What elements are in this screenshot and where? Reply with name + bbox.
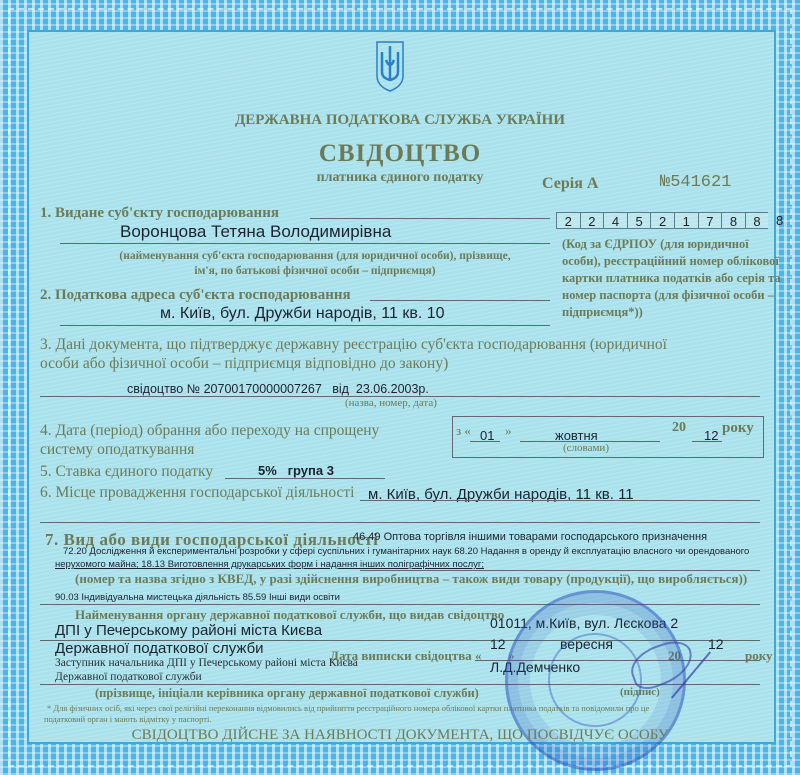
code-digit: 4 [603, 212, 627, 229]
field1-note-1: (найменування суб'єкта господарювання (д… [80, 250, 550, 262]
field7-note: (номер та назва згідно з КВЕД, у разі зд… [75, 571, 747, 587]
head-title-1: Заступник начальника ДПІ у Печерському р… [55, 657, 358, 669]
code-digit: 7 [698, 212, 722, 229]
field1-value-line [60, 243, 550, 244]
issuer-name-1: ДПІ у Печерському районі міста Києва [55, 622, 322, 639]
field5-line [225, 478, 385, 479]
tax-address: м. Київ, бул. Дружби народів, 11 кв. 10 [160, 305, 445, 323]
field1-note-2: ім'я, по батькові фізичної особи – підпр… [80, 265, 550, 277]
registration-document: свідоцтво № 20700170000007267 від 23.06.… [127, 382, 429, 396]
year-prefix: 20 [672, 420, 686, 436]
head-title-2: Державної податкової служби [55, 671, 202, 683]
footnote-2: податковий орган і мають відмітку у пасп… [44, 714, 211, 724]
date-quote: » [505, 423, 512, 439]
agency-name: ДЕРЖАВНА ПОДАТКОВА СЛУЖБА УКРАЇНИ [0, 112, 800, 129]
activity-line-4: 90.03 Індивідуальна мистецька діяльність… [55, 592, 340, 603]
issuer-name-2: Державної податкової служби [55, 640, 264, 657]
field2-label: 2. Податкова адреса суб'єкта господарюва… [40, 287, 351, 304]
field6-extra-line [40, 522, 760, 523]
code-digit: 8 [768, 212, 791, 229]
field1-underline [310, 218, 550, 219]
trident-icon [375, 40, 405, 92]
field7-line-2 [40, 604, 760, 605]
date-prefix: з « [456, 423, 471, 439]
field2-underline [370, 300, 550, 301]
code-digit: 2 [650, 212, 674, 229]
field6-line [360, 500, 760, 501]
head-note: (прізвище, ініціали керівника органу дер… [95, 686, 479, 701]
certificate-number: №541621 [660, 173, 731, 192]
code-digit: 2 [556, 212, 580, 229]
field1-label: 1. Видане суб'єкту господарювання [40, 205, 279, 222]
series-label: Серія А [542, 175, 598, 193]
field2-value-line [60, 325, 550, 326]
year-line [692, 441, 722, 442]
issue-day: 12 [490, 636, 506, 652]
code-digit: 2 [580, 212, 604, 229]
tax-code-box: 2 2 4 5 2 1 7 8 8 8 [556, 212, 791, 229]
certificate-title: СВІДОЦТВО [0, 140, 800, 168]
code-digit: 8 [745, 212, 769, 229]
activity-line-2: 72.20 Дослідження й експериментальні роз… [63, 546, 749, 557]
code-digit: 8 [721, 212, 745, 229]
field6-label: 6. Місце провадження господарської діяль… [40, 484, 354, 502]
code-digit: 1 [674, 212, 698, 229]
tax-code-note: (Код за ЄДРПОУ (для юридичної особи), ре… [562, 236, 782, 321]
tax-rate: 5% група 3 [258, 463, 334, 478]
activity-line-1: 46.49 Оптова торгівля іншими товарами го… [353, 531, 707, 543]
issuer-label: Найменування органу державної податкової… [75, 607, 504, 623]
field4-label-1: 4. Дата (період) обрання або переходу на… [40, 422, 379, 440]
validity-notice: СВІДОЦТВО ДІЙСНЕ ЗА НАЯВНОСТІ ДОКУМЕНТА,… [0, 727, 800, 744]
year-suffix: року [722, 420, 754, 437]
field3-label-2: особи або фізичної особи – підприємця ві… [40, 355, 448, 373]
subject-name: Воронцова Тетяна Володимирівна [120, 222, 391, 242]
footnote-1: * Для фізичних осіб, які через свої релі… [47, 703, 649, 713]
month-note: (словами) [563, 442, 609, 454]
field5-label: 5. Ставка єдиного податку [40, 463, 213, 481]
field4-label-2: систему оподаткування [40, 441, 194, 459]
field3-note: (назва, номер, дата) [345, 397, 437, 409]
code-digit: 5 [627, 212, 651, 229]
issue-year-suffix: року [745, 648, 773, 664]
activity-line-3: нерухомого майна; 18.13 Виготовлення дру… [55, 559, 484, 570]
day-line [470, 441, 500, 442]
issue-year: 12 [708, 636, 724, 652]
field3-label-1: 3. Дані документа, що підтверджує держав… [40, 336, 667, 354]
